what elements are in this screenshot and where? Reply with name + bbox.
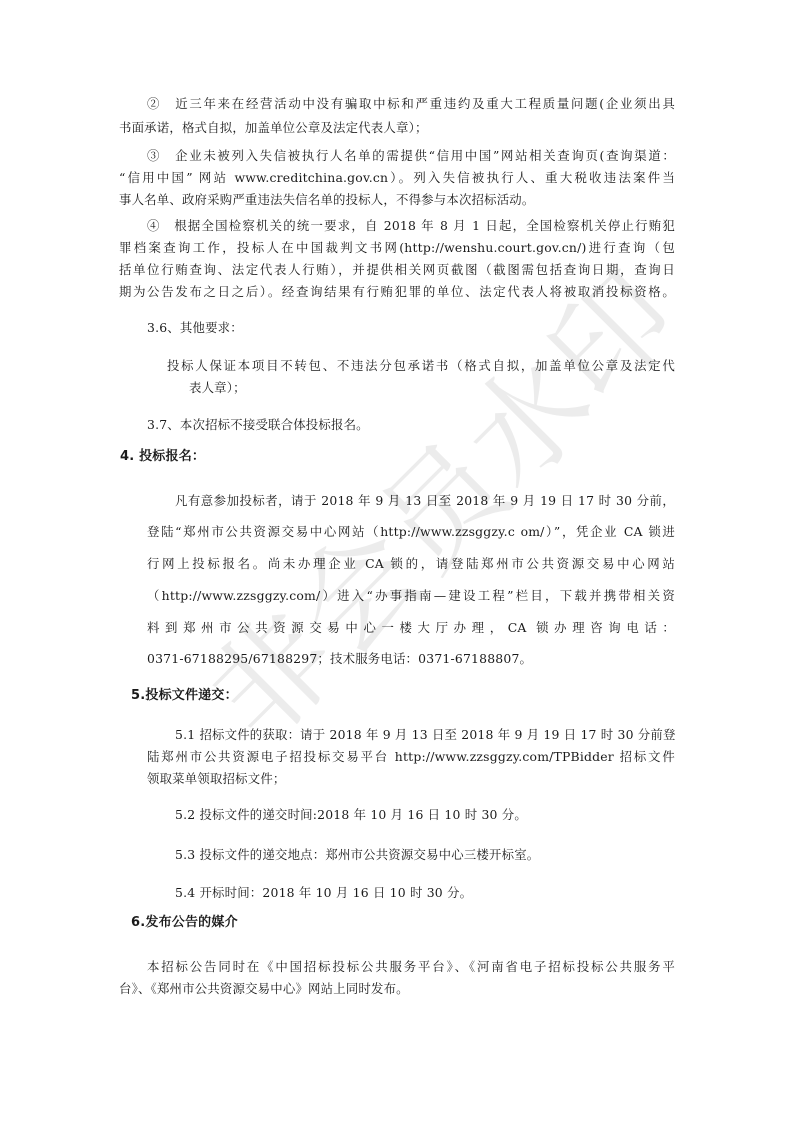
- section-5-2: 5.2 投标文件的递交时间:2018 年 10 月 16 日 10 时 30 分…: [175, 807, 527, 823]
- requirement-4-line-2: 罪档案查询工作，投标人在中国裁判文书网(http://wenshu.court.…: [119, 240, 675, 256]
- requirement-3-line-3: 事人名单、政府采购严重违法失信名单的投标人，不得参与本次招标活动。: [119, 192, 535, 208]
- requirement-3-line-2: “信用中国” 网站 www.creditchina.gov.cn）。列入失信被执…: [119, 170, 675, 186]
- section-5-heading: 5.投标文件递交：: [131, 688, 238, 704]
- section-6-line-1: 本招标公告同时在《中国招标投标公共服务平台》、《河南省电子招标投标公共服务平: [147, 959, 675, 975]
- section-5-3: 5.3 投标文件的递交地点：郑州市公共资源交易中心三楼开标室。: [175, 847, 539, 863]
- section-4-line-3: 行网上投标报名。尚未办理企业 CA 锁的，请登陆郑州市公共资源交易中心网站: [147, 556, 675, 572]
- section-5-1-line-3: 领取菜单领取招标文件；: [147, 771, 286, 787]
- section-4-line-1: 凡有意参加投标者，请于 2018 年 9 月 13 日至 2018 年 9 月 …: [175, 493, 675, 509]
- section-6-line-2: 台》、《郑州市公共资源交易中心》网站上同时发布。: [119, 981, 409, 997]
- section-4-line-5: 料到郑州市公共资源交易中心一楼大厅办理，CA 锁办理咨询电话：: [147, 620, 675, 636]
- section-4-line-2: 登陆“郑州市公共资源交易中心网站（http://www.zzsggzy.c om…: [147, 524, 675, 540]
- requirement-2-line-1: ② 近三年来在经营活动中没有骗取中标和严重违约及重大工程质量问题(企业须出具: [147, 96, 675, 112]
- section-4-line-6: 0371-67188295/67188297；技术服务电话：0371-67188…: [147, 651, 532, 667]
- section-3-6-line-1: 投标人保证本项目不转包、不违法分包承诺书（格式自拟，加盖单位公章及法定代: [167, 358, 675, 374]
- requirement-2-line-2: 书面承诺，格式自拟，加盖单位公章及法定代表人章）；: [119, 120, 428, 136]
- requirement-4-line-3: 括单位行贿查询、法定代表人行贿），并提供相关网页截图（截图需包括查询日期，查询日: [119, 262, 675, 278]
- document-page: 非会员水印 ② 近三年来在经营活动中没有骗取中标和严重违约及重大工程质量问题(企…: [0, 0, 793, 1122]
- section-5-4: 5.4 开标时间：2018 年 10 月 16 日 10 时 30 分。: [175, 885, 472, 901]
- section-3-6-line-2: 表人章）；: [189, 380, 246, 396]
- section-6-heading: 6.发布公告的媒介: [131, 915, 238, 931]
- section-4-heading: 4. 投标报名：: [120, 449, 205, 465]
- section-3-6-title: 3.6、其他要求：: [147, 320, 243, 336]
- requirement-3-line-1: ③ 企业未被列入失信被执行人名单的需提供“信用中国”网站相关查询页(查询渠道：: [147, 148, 675, 164]
- section-5-1-line-1: 5.1 招标文件的获取：请于 2018 年 9 月 13 日至 2018 年 9…: [175, 727, 675, 743]
- section-4-line-4: （http://www.zzsggzy.com/）进入“办事指南—建设工程”栏目…: [147, 588, 675, 604]
- requirement-4-line-4: 期为公告发布之日之后）。经查询结果有行贿犯罪的单位、法定代表人将被取消投标资格。: [119, 284, 675, 300]
- section-3-7-text: 3.7、本次招标不接受联合体投标报名。: [147, 417, 369, 433]
- requirement-4-line-1: ④ 根据全国检察机关的统一要求，自 2018 年 8 月 1 日起，全国检察机关…: [147, 218, 675, 234]
- section-5-1-line-2: 陆郑州市公共资源电子招投标交易平台 http://www.zzsggzy.com…: [147, 749, 675, 765]
